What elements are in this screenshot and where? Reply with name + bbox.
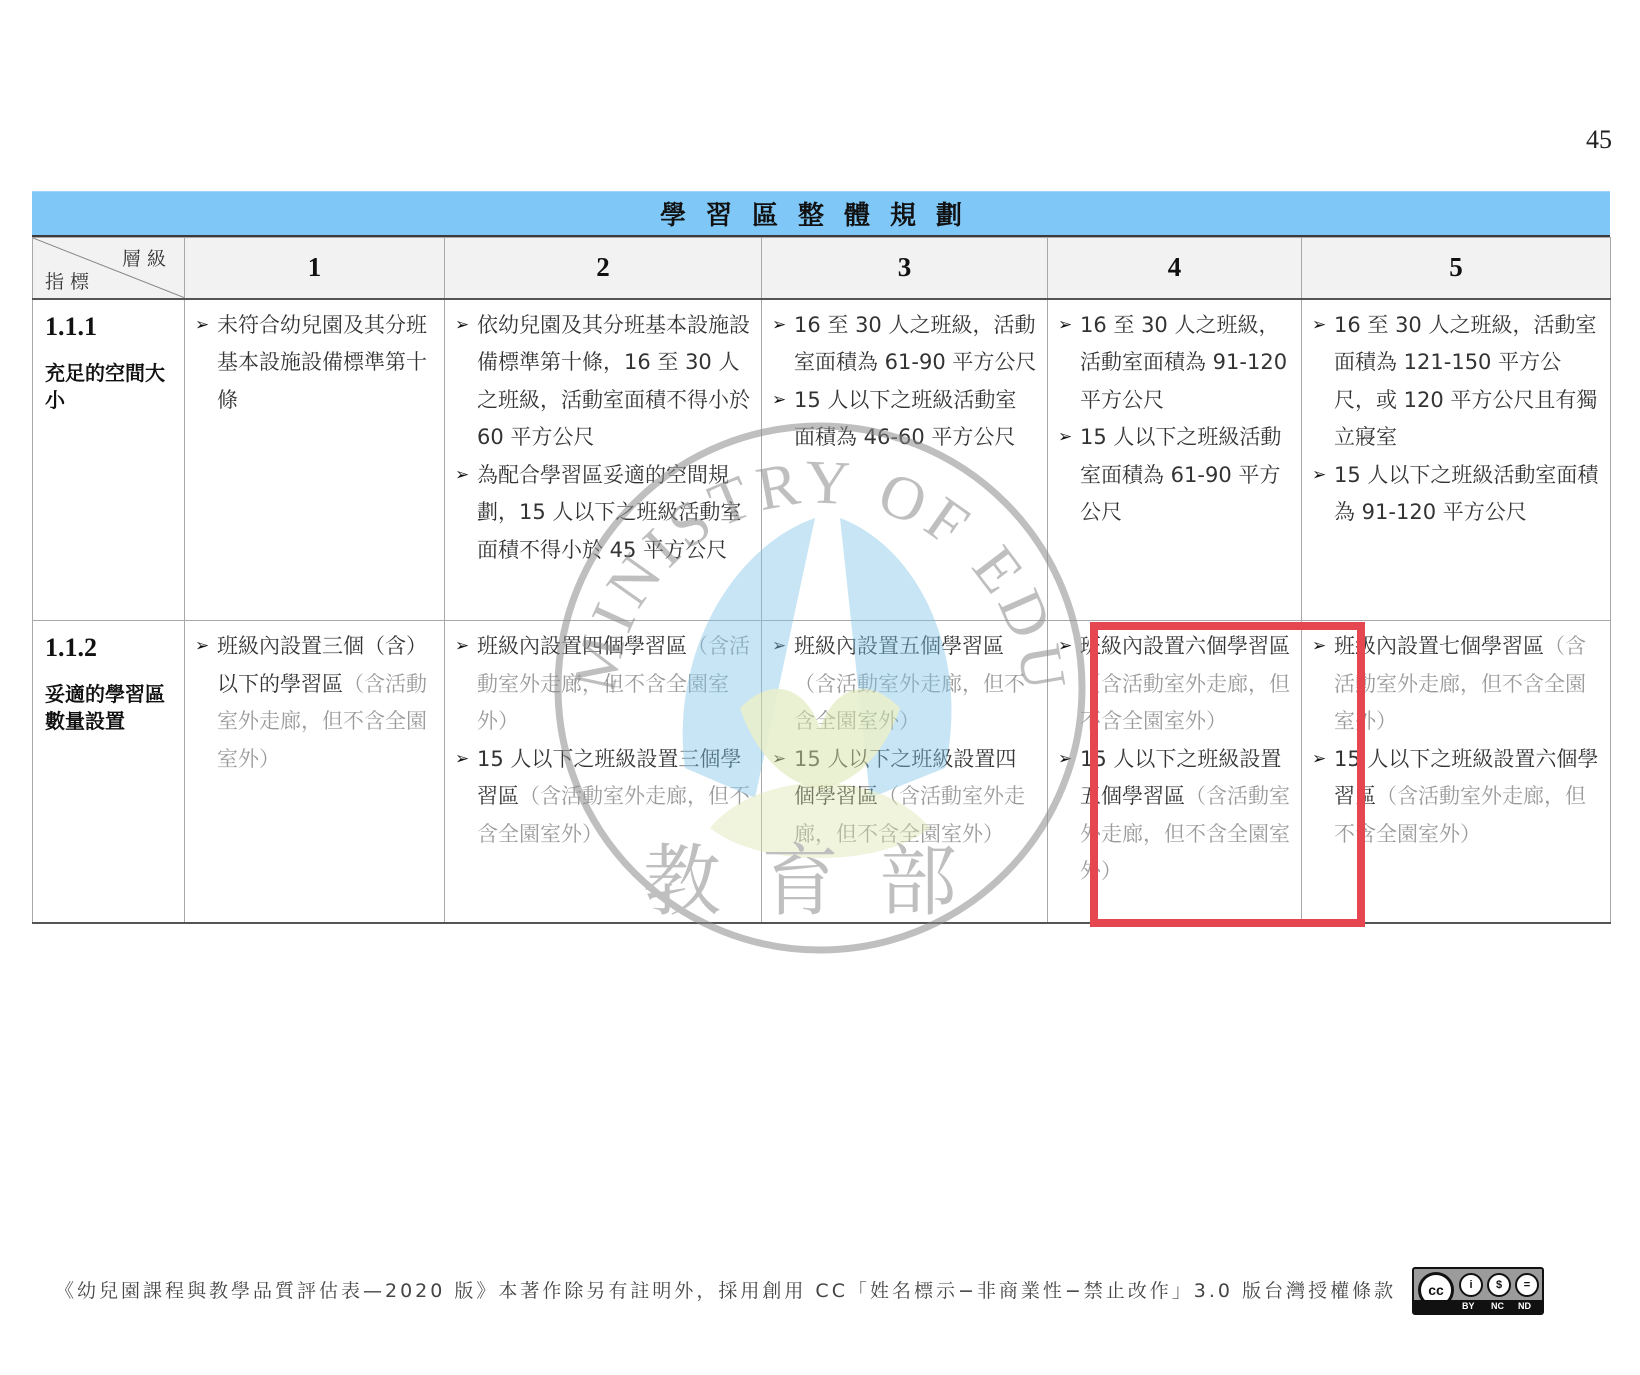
bullet-arrow-icon: ➢: [772, 628, 794, 741]
criteria-cell: ➢16 至 30 人之班級，活動室面積為 121-150 平方公尺，或 120 …: [1302, 299, 1611, 621]
noncommercial-icon: $: [1487, 1273, 1511, 1297]
criteria-item: ➢班級內設置七個學習區（含活動室外走廊，但不含全園室外）: [1312, 628, 1600, 741]
table-title: 學習區整體規劃: [32, 191, 1610, 237]
criteria-item: ➢15 人以下之班級設置六個學習區（含活動室外走廊，但不含全園室外）: [1312, 741, 1600, 854]
criteria-text: 班級內設置六個學習區: [1080, 634, 1290, 658]
indicator-name: 妥適的學習區數量設置: [45, 681, 165, 735]
footer-license-text: 《幼兒園課程與教學品質評估表—2020 版》本著作除另有註明外，採用創用 CC「…: [55, 1276, 1396, 1303]
criteria-cell: ➢班級內設置七個學習區（含活動室外走廊，但不含全園室外）➢15 人以下之班級設置…: [1302, 621, 1611, 923]
indicator-label: 指標: [45, 267, 95, 294]
level-label: 層級: [122, 244, 172, 271]
criteria-text: 依幼兒園及其分班基本設施設備標準第十條，16 至 30 人之班級，活動室面積不得…: [477, 313, 750, 450]
bullet-arrow-icon: ➢: [195, 628, 217, 778]
criteria-text: 班級內設置四個學習區: [477, 634, 687, 658]
bullet-arrow-icon: ➢: [455, 307, 477, 457]
bullet-arrow-icon: ➢: [772, 307, 794, 382]
criteria-text: 為配合學習區妥適的空間規劃，15 人以下之班級活動室面積不得小於 45 平方公尺: [477, 463, 741, 562]
indicator-cell: 1.1.2 妥適的學習區數量設置: [33, 621, 185, 923]
bullet-arrow-icon: ➢: [195, 307, 217, 420]
criteria-item: ➢16 至 30 人之班級，活動室面積為 91-120 平方公尺: [1058, 307, 1291, 420]
criteria-item: ➢班級內設置四個學習區（含活動室外走廊，但不含全園室外）: [455, 628, 751, 741]
table-row: 1.1.1 充足的空間大小 ➢未符合幼兒園及其分班基本設施設備標準第十條 ➢依幼…: [33, 299, 1611, 621]
criteria-cell: ➢班級內設置三個（含）以下的學習區（含活動室外走廊，但不含全園室外）: [185, 621, 445, 923]
criteria-text: 15 人以下之班級活動室面積為 61-90 平方公尺: [1080, 425, 1281, 524]
criteria-cell: ➢16 至 30 人之班級，活動室面積為 61-90 平方公尺➢15 人以下之班…: [762, 299, 1048, 621]
indicator-code: 1.1.1: [45, 312, 172, 342]
bullet-arrow-icon: ➢: [1312, 741, 1334, 854]
level-1-header: 1: [185, 238, 445, 299]
criteria-item: ➢15 人以下之班級設置三個學習區（含活動室外走廊，但不含全園室外）: [455, 741, 751, 854]
indicator-name: 充足的空間大小: [45, 360, 172, 414]
bullet-arrow-icon: ➢: [772, 741, 794, 854]
bullet-arrow-icon: ➢: [1058, 419, 1080, 532]
indicator-code: 1.1.2: [45, 633, 172, 663]
criteria-item: ➢16 至 30 人之班級，活動室面積為 121-150 平方公尺，或 120 …: [1312, 307, 1600, 457]
criteria-text: 16 至 30 人之班級，活動室面積為 91-120 平方公尺: [1080, 313, 1287, 412]
bullet-arrow-icon: ➢: [1312, 307, 1334, 457]
nd-label: ND: [1518, 1300, 1531, 1313]
criteria-item: ➢依幼兒園及其分班基本設施設備標準第十條，16 至 30 人之班級，活動室面積不…: [455, 307, 751, 457]
bullet-arrow-icon: ➢: [1058, 628, 1080, 741]
rubric-table: 學習區整體規劃 層級 指標 1 2 3 4 5 1.1.1 充足的空間大小 ➢未: [32, 191, 1610, 924]
criteria-item: ➢班級內設置五個學習區（含活動室外走廊，但不含全園室外）: [772, 628, 1037, 741]
criteria-cell: ➢未符合幼兒園及其分班基本設施設備標準第十條: [185, 299, 445, 621]
criteria-cell: ➢班級內設置六個學習區（含活動室外走廊，但不含全園室外）➢15 人以下之班級設置…: [1048, 621, 1302, 923]
criteria-item: ➢15 人以下之班級活動室面積為 61-90 平方公尺: [1058, 419, 1291, 532]
bullet-arrow-icon: ➢: [455, 457, 477, 570]
criteria-item: ➢未符合幼兒園及其分班基本設施設備標準第十條: [195, 307, 434, 420]
criteria-text: 未符合幼兒園及其分班基本設施設備標準第十條: [217, 313, 427, 412]
bullet-arrow-icon: ➢: [1058, 307, 1080, 420]
criteria-item: ➢15 人以下之班級活動室面積為 46-60 平方公尺: [772, 382, 1037, 457]
cc-by-nc-nd-icon[interactable]: cc i $ = BY NC ND: [1412, 1267, 1544, 1315]
by-label: BY: [1462, 1300, 1475, 1313]
level-5-header: 5: [1302, 238, 1611, 299]
criteria-item: ➢班級內設置六個學習區（含活動室外走廊，但不含全園室外）: [1058, 628, 1291, 741]
criteria-text: 15 人以下之班級活動室面積為 91-120 平方公尺: [1334, 463, 1598, 525]
criteria-cell: ➢班級內設置五個學習區（含活動室外走廊，但不含全園室外）➢15 人以下之班級設置…: [762, 621, 1048, 923]
criteria-item: ➢為配合學習區妥適的空間規劃，15 人以下之班級活動室面積不得小於 45 平方公…: [455, 457, 751, 570]
criteria-item: ➢班級內設置三個（含）以下的學習區（含活動室外走廊，但不含全園室外）: [195, 628, 434, 778]
criteria-item: ➢16 至 30 人之班級，活動室面積為 61-90 平方公尺: [772, 307, 1037, 382]
noderivatives-icon: =: [1515, 1273, 1539, 1297]
level-4-header: 4: [1048, 238, 1302, 299]
criteria-text: 班級內設置五個學習區: [794, 634, 1004, 658]
criteria-text: 15 人以下之班級活動室面積為 46-60 平方公尺: [794, 388, 1016, 450]
criteria-text: 16 至 30 人之班級，活動室面積為 61-90 平方公尺: [794, 313, 1036, 375]
corner-header: 層級 指標: [33, 238, 185, 299]
bullet-arrow-icon: ➢: [455, 628, 477, 741]
indicator-cell: 1.1.1 充足的空間大小: [33, 299, 185, 621]
bullet-arrow-icon: ➢: [1058, 741, 1080, 891]
level-header-row: 層級 指標 1 2 3 4 5: [33, 238, 1611, 299]
criteria-item: ➢15 人以下之班級設置五個學習區（含活動室外走廊，但不含全園室外）: [1058, 741, 1291, 891]
criteria-text: 班級內設置七個學習區: [1334, 634, 1544, 658]
criteria-cell: ➢16 至 30 人之班級，活動室面積為 91-120 平方公尺➢15 人以下之…: [1048, 299, 1302, 621]
bullet-arrow-icon: ➢: [1312, 457, 1334, 532]
page-number: 45: [1586, 125, 1612, 155]
bullet-arrow-icon: ➢: [455, 741, 477, 854]
table-row: 1.1.2 妥適的學習區數量設置 ➢班級內設置三個（含）以下的學習區（含活動室外…: [33, 621, 1611, 923]
criteria-note: （含活動室外走廊，但不含全園室外）: [1080, 672, 1290, 734]
criteria-cell: ➢班級內設置四個學習區（含活動室外走廊，但不含全園室外）➢15 人以下之班級設置…: [445, 621, 762, 923]
attribution-icon: i: [1459, 1273, 1483, 1297]
nc-label: NC: [1491, 1300, 1504, 1313]
criteria-note: （含活動室外走廊，但不含全園室外）: [794, 672, 1025, 734]
bullet-arrow-icon: ➢: [772, 382, 794, 457]
criteria-item: ➢15 人以下之班級活動室面積為 91-120 平方公尺: [1312, 457, 1600, 532]
criteria-item: ➢15 人以下之班級設置四個學習區（含活動室外走廊，但不含全園室外）: [772, 741, 1037, 854]
criteria-text: 16 至 30 人之班級，活動室面積為 121-150 平方公尺，或 120 平…: [1334, 313, 1597, 450]
rubric-grid: 層級 指標 1 2 3 4 5 1.1.1 充足的空間大小 ➢未符合幼兒園及其分…: [32, 237, 1611, 924]
criteria-cell: ➢依幼兒園及其分班基本設施設備標準第十條，16 至 30 人之班級，活動室面積不…: [445, 299, 762, 621]
level-3-header: 3: [762, 238, 1048, 299]
level-2-header: 2: [445, 238, 762, 299]
bullet-arrow-icon: ➢: [1312, 628, 1334, 741]
